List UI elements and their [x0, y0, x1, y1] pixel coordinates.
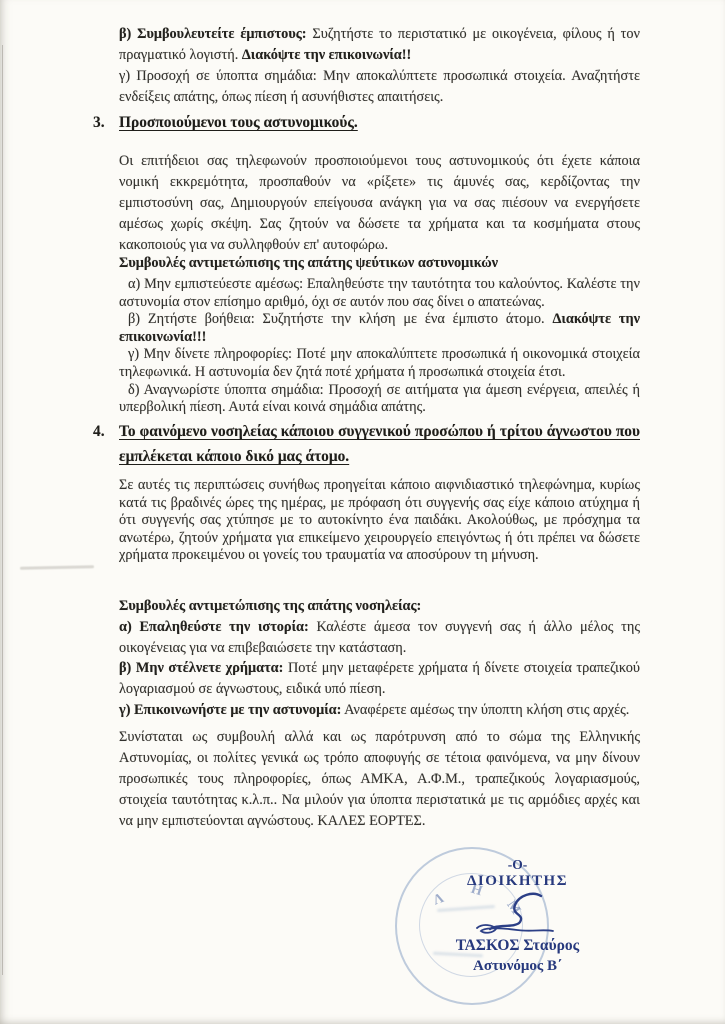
signature-stroke	[463, 890, 573, 936]
tip-item-b: β) Ζητήστε βοήθεια: Συζητήστε την κλήση …	[119, 311, 640, 346]
tip-text: γ) Προσοχή σε ύποπτα σημάδια: Μην αποκαλ…	[119, 68, 640, 105]
scanned-document-page: β) Συμβουλευτείτε έμπιστους: Συζητήστε τ…	[0, 0, 725, 1024]
tip-item-a: α) Επαληθεύστε την ιστορία: Καλέστε άμεσ…	[119, 617, 640, 659]
signer-rank: Αστυνόμος Β΄	[405, 956, 630, 976]
paragraph: Σε αυτές τις περιπτώσεις συνήθως προηγεί…	[119, 477, 640, 565]
section-3-title: Προσποιούμενοι τους αστυνομικούς.	[119, 114, 358, 131]
signature-block: -Ο- ΔΙΟΙΚΗΤΗΣ ΤΑΣΚΟΣ Σταύρος Αστυνόμος Β…	[405, 857, 630, 976]
tip-text: Αναφέρετε αμέσως την ύποπτη κλήση στις α…	[341, 702, 629, 718]
signer-name: ΤΑΣΚΟΣ Σταύρος	[405, 936, 630, 956]
paragraph: Οι επιτήδειοι σας τηλεφωνούν προσποιούμε…	[119, 151, 640, 256]
intro-tip-b: β) Συμβουλευτείτε έμπιστους: Συζητήστε τ…	[119, 24, 640, 66]
section-3-tips-header: Συμβουλές αντιμετώπισης της απάτης ψεύτι…	[119, 253, 640, 273]
tip-text: α) Μην εμπιστεύεστε αμέσως: Επαληθεύστε …	[119, 276, 640, 310]
section-4-tips-header: Συμβουλές αντιμετώπισης της απάτης νοσηλ…	[119, 596, 640, 617]
tip-text: γ) Μην δίνετε πληροφορίες: Ποτέ μην αποκ…	[119, 346, 640, 380]
tip-text: β) Ζητήστε βοήθεια: Συζητήστε την κλήση …	[128, 311, 552, 327]
section-4-title: Το φαινόμενο νοσηλείας κάποιου συγγενικο…	[119, 423, 640, 465]
section-4-heading: 4. Το φαινόμενο νοσηλείας κάποιου συγγεν…	[119, 419, 640, 469]
tip-lead: β) Συμβουλευτείτε έμπιστους:	[119, 26, 307, 42]
section-4-body: Σε αυτές τις περιπτώσεις συνήθως προηγεί…	[119, 477, 640, 565]
signer-dash: -Ο-	[405, 857, 630, 872]
scan-edge-artifact	[2, 45, 3, 975]
tip-tail: Διακόψτε την επικοινωνία!!	[242, 47, 411, 63]
tip-item-b: β) Μην στέλνετε χρήματα: Ποτέ μην μεταφέ…	[119, 658, 640, 700]
tip-text: δ) Αναγνωρίστε ύποπτα σημάδια: Προσοχή σ…	[119, 382, 640, 416]
signer-title: ΔΙΟΙΚΗΤΗΣ	[405, 872, 630, 890]
intro-tip-c: γ) Προσοχή σε ύποπτα σημάδια: Μην αποκαλ…	[119, 66, 640, 108]
tip-item-a: α) Μην εμπιστεύεστε αμέσως: Επαληθεύστε …	[119, 276, 640, 311]
section-3-heading: 3. Προσποιούμενοι τους αστυνομικούς.	[119, 112, 640, 134]
paragraph: Συνίσταται ως συμβουλή αλλά και ως παρότ…	[119, 727, 640, 832]
section-3-body: Οι επιτήδειοι σας τηλεφωνούν προσποιούμε…	[119, 151, 640, 256]
section-4-number: 4.	[93, 419, 105, 444]
tip-lead: β) Μην στέλνετε χρήματα:	[119, 660, 283, 676]
tip-lead: α) Επαληθεύστε την ιστορία:	[119, 619, 309, 635]
intro-tips-block: β) Συμβουλευτείτε έμπιστους: Συζητήστε τ…	[119, 24, 640, 108]
section-3-tips-block: Συμβουλές αντιμετώπισης της απάτης ψεύτι…	[119, 253, 640, 417]
tip-item-c: γ) Μην δίνετε πληροφορίες: Ποτέ μην αποκ…	[119, 346, 640, 381]
section-3-number: 3.	[93, 112, 105, 134]
scan-smudge-artifact	[20, 565, 94, 570]
tip-lead: γ) Επικοινωνήστε με την αστυνομία:	[119, 702, 341, 718]
closing-paragraph: Συνίσταται ως συμβουλή αλλά και ως παρότ…	[119, 727, 640, 832]
tip-item-d: δ) Αναγνωρίστε ύποπτα σημάδια: Προσοχή σ…	[119, 382, 640, 417]
section-4-tips-block: Συμβουλές αντιμετώπισης της απάτης νοσηλ…	[119, 596, 640, 721]
tip-item-c: γ) Επικοινωνήστε με την αστυνομία: Αναφέ…	[119, 700, 640, 721]
